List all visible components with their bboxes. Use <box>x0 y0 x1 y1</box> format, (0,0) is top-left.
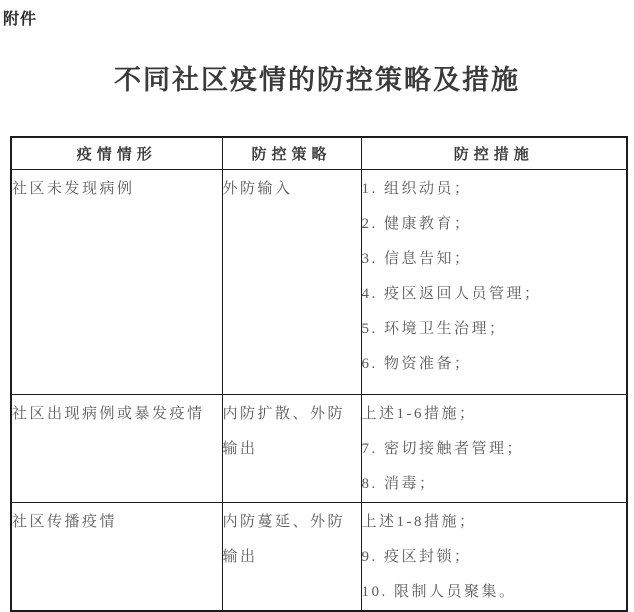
measure-item: 上述1-6措施； <box>362 397 627 432</box>
measure-item: 1. 组织动员； <box>362 172 627 207</box>
measure-item: 上述1-8措施； <box>362 505 627 540</box>
strategy-cell: 内防蔓延、外防输出 <box>222 502 361 611</box>
measure-item: 9. 疫区封锁； <box>362 540 627 575</box>
measure-item: 6. 物资准备； <box>362 347 627 382</box>
measure-item: 2. 健康教育； <box>362 207 627 242</box>
measure-item: 4. 疫区返回人员管理； <box>362 277 627 312</box>
table-row: 社区未发现病例 外防输入 1. 组织动员； 2. 健康教育； 3. 信息告知； … <box>11 169 627 394</box>
situation-cell: 社区未发现病例 <box>11 169 222 394</box>
measure-item: 3. 信息告知； <box>362 242 627 277</box>
measure-item: 5. 环境卫生治理； <box>362 312 627 347</box>
situation-cell: 社区传播疫情 <box>11 502 222 611</box>
strategy-cell: 外防输入 <box>222 169 361 394</box>
situation-cell: 社区出现病例或暴发疫情 <box>11 394 222 502</box>
table-row: 社区出现病例或暴发疫情 内防扩散、外防输出 上述1-6措施； 7. 密切接触者管… <box>11 394 627 502</box>
measures-cell: 上述1-6措施； 7. 密切接触者管理； 8. 消毒； <box>361 394 627 502</box>
measure-item: 7. 密切接触者管理； <box>362 432 627 467</box>
measure-item: 10. 限制人员聚集。 <box>362 575 627 610</box>
measures-cell: 1. 组织动员； 2. 健康教育； 3. 信息告知； 4. 疫区返回人员管理； … <box>361 169 627 394</box>
strategy-cell: 内防扩散、外防输出 <box>222 394 361 502</box>
measure-item: 8. 消毒； <box>362 467 627 502</box>
column-header-measures: 防控措施 <box>361 137 627 169</box>
epidemic-control-table: 疫情情形 防控策略 防控措施 社区未发现病例 外防输入 1. 组织动员； 2. … <box>10 136 628 612</box>
table-header-row: 疫情情形 防控策略 防控措施 <box>11 137 627 169</box>
column-header-strategy: 防控策略 <box>222 137 361 169</box>
column-header-situation: 疫情情形 <box>11 137 222 169</box>
document-title: 不同社区疫情的防控策略及措施 <box>0 58 634 97</box>
measures-cell: 上述1-8措施； 9. 疫区封锁； 10. 限制人员聚集。 <box>361 502 627 611</box>
attachment-label: 附件 <box>3 6 37 29</box>
table-row: 社区传播疫情 内防蔓延、外防输出 上述1-8措施； 9. 疫区封锁； 10. 限… <box>11 502 627 611</box>
